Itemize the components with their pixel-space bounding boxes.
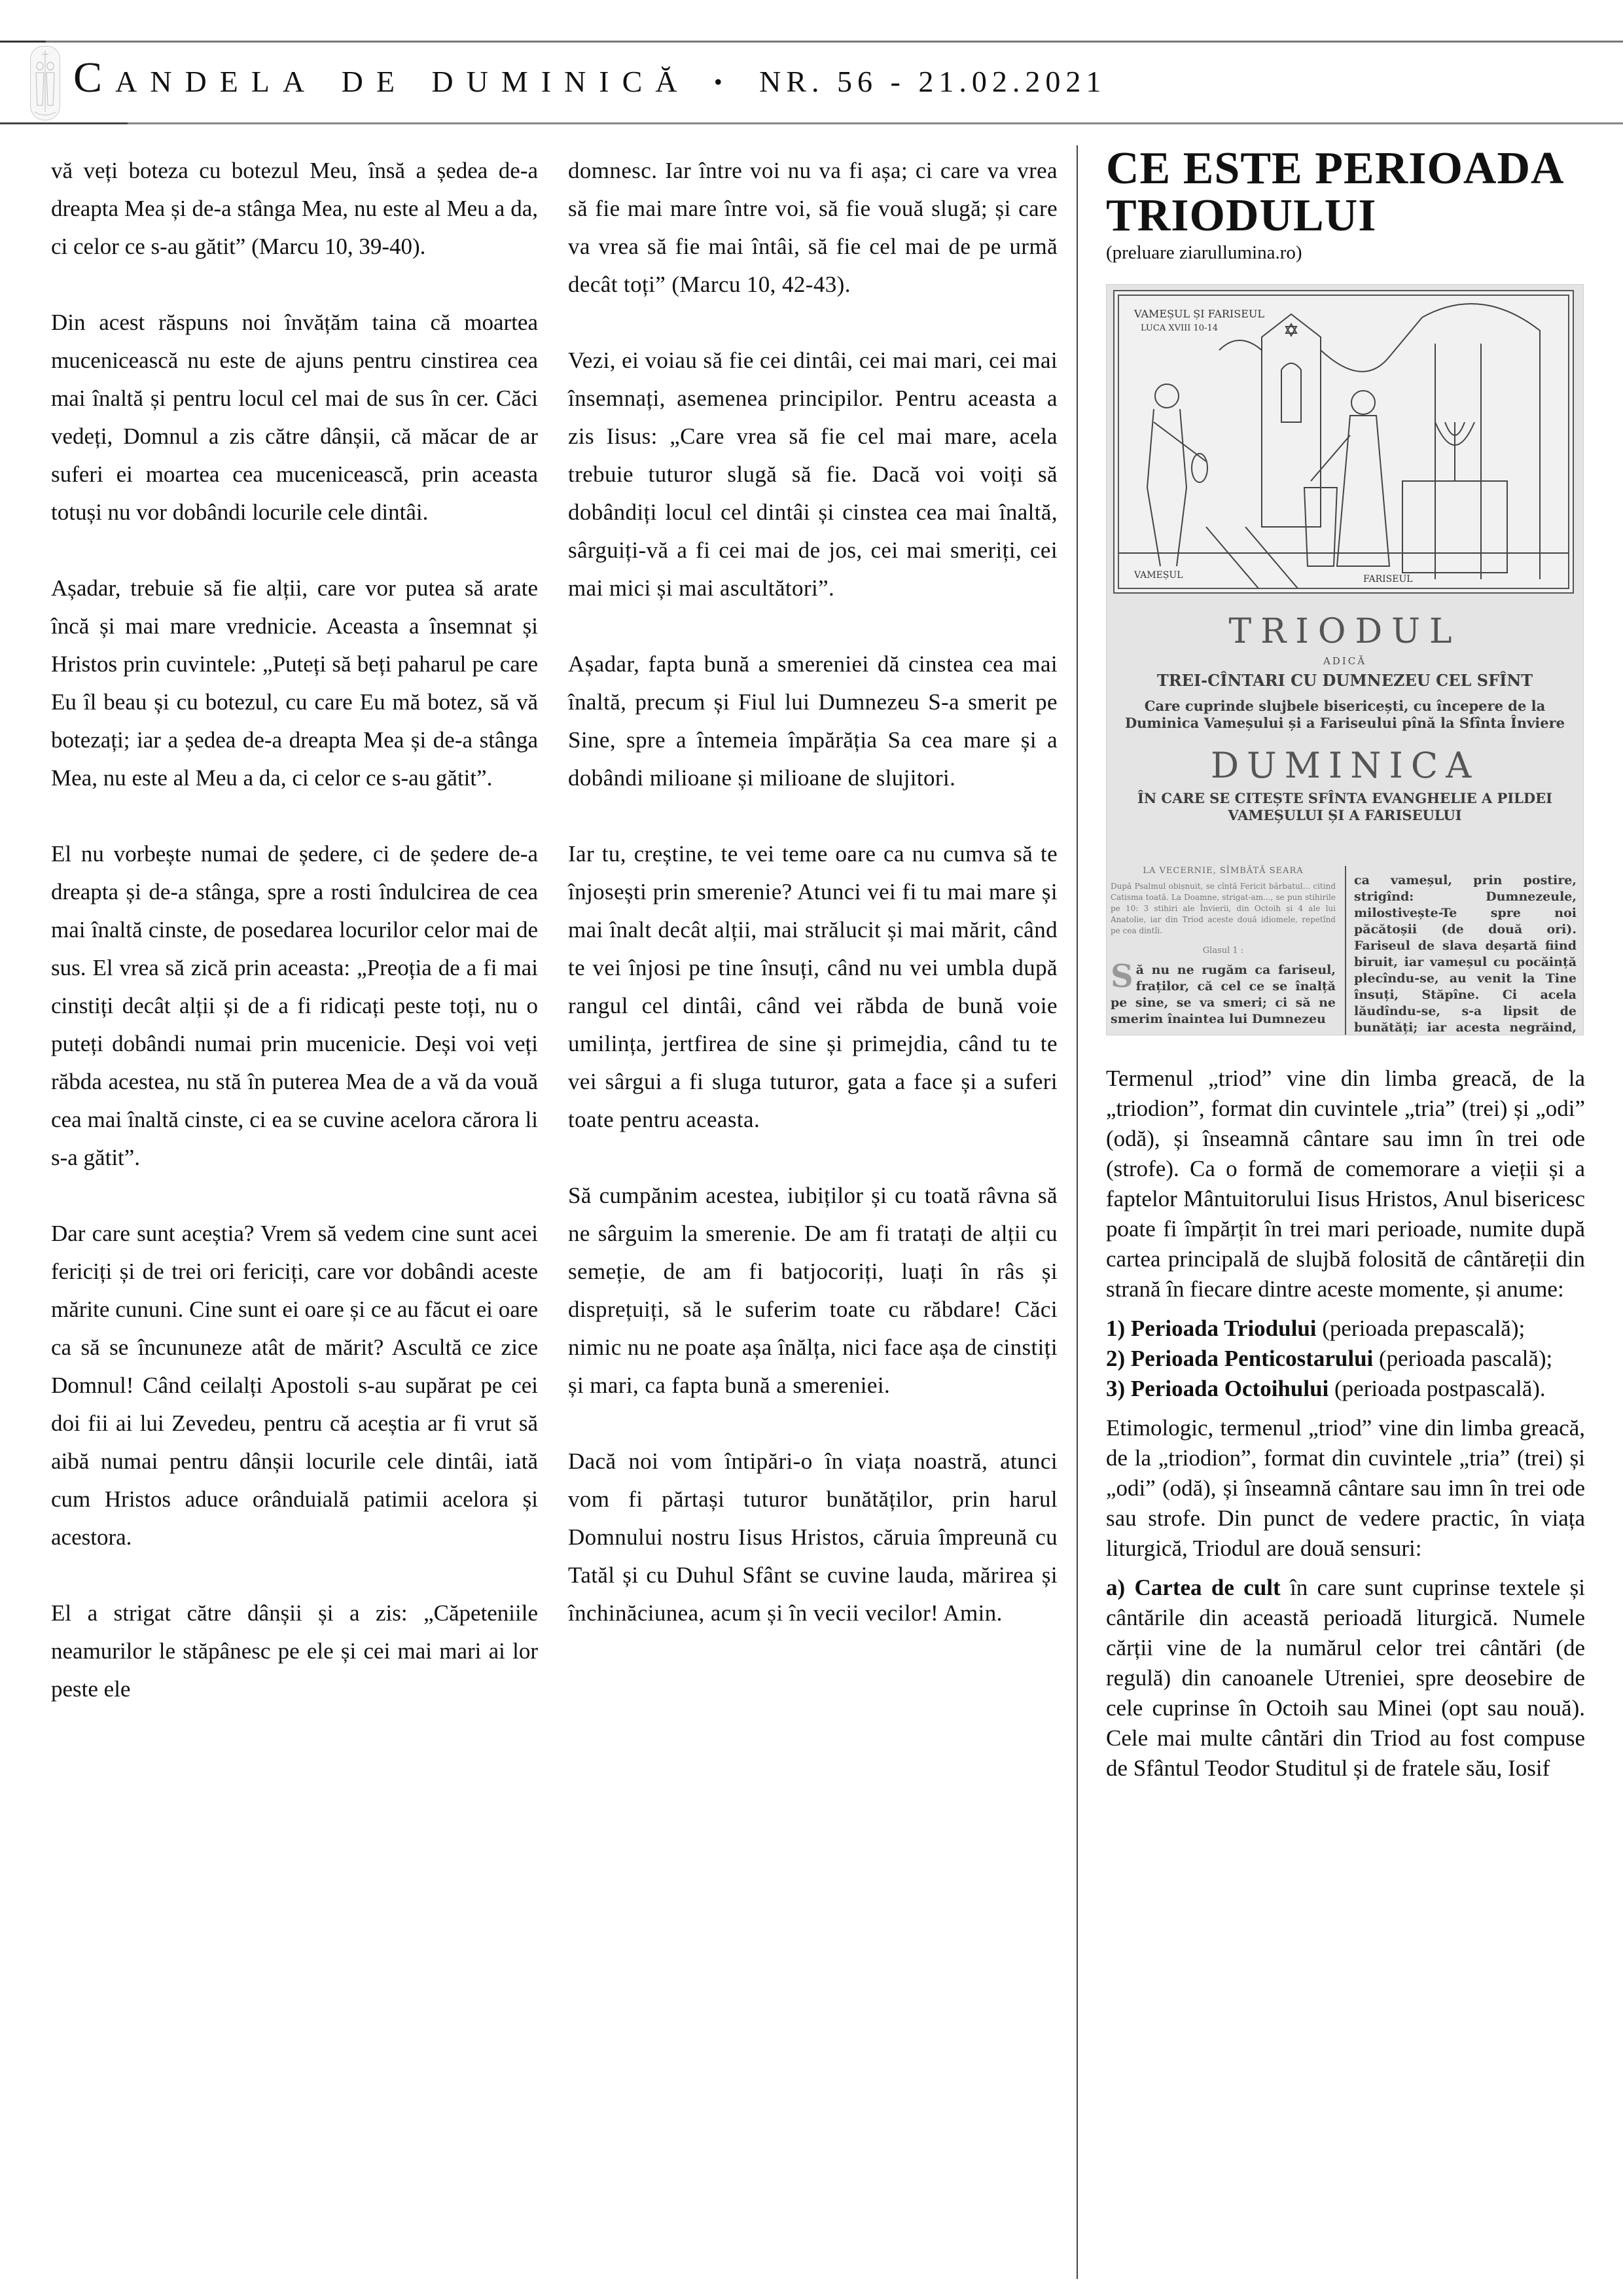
paragraph: Dar care sunt aceștia? Vrem să vedem cin… [51, 1215, 538, 1556]
book-glas: Glasul 1 : [1111, 946, 1336, 956]
book-hymn-right: ca vameșul, prin postire, strigînd: Dumn… [1354, 872, 1577, 1035]
book-hymn-left: Să nu ne rugăm ca fariseul, fraților, că… [1111, 962, 1336, 1028]
paragraph-etymology: Etimologic, termenul „triod” vine din li… [1106, 1413, 1585, 1564]
book-column-divider [1345, 866, 1346, 1035]
paragraph: El a strigat către dânșii și a zis: „Căp… [51, 1594, 538, 1708]
drop-cap: S [1111, 962, 1133, 991]
column-divider [1077, 145, 1078, 2279]
paragraph-intro: Termenul „triod” vine din limba greacă, … [1106, 1064, 1585, 1304]
column-right: CE ESTE PERIOADA TRIODULUI (preluare zia… [1106, 145, 1585, 1035]
book-description: Care cuprinde slujbele bisericești, cu î… [1107, 698, 1583, 732]
svg-text:FARISEUL: FARISEUL [1363, 574, 1413, 584]
triod-book-image: VAMEȘUL ȘI FARISEUL LUCA XVIII 10-14 [1106, 284, 1584, 1035]
column-middle: domnesc. Iar între voi nu va fi așa; ci … [568, 152, 1058, 1670]
period-item: 1) Perioada Triodului (perioada prepasca… [1106, 1314, 1585, 1344]
article-source: (preluare ziarullumina.ro) [1106, 240, 1585, 266]
pharisee-publican-illustration: VAMEȘUL ȘI FARISEUL LUCA XVIII 10-14 [1113, 290, 1574, 594]
bullet-separator: • [714, 69, 722, 95]
column-left: vă veți boteza cu botezul Meu, însă a șe… [51, 152, 538, 1746]
paragraph: Vezi, ei voiau să fie cei dintâi, cei ma… [568, 342, 1058, 607]
book-subtitle: TREI-CÎNTARI CU DUMNEZEU CEL SFÎNT [1107, 671, 1583, 690]
article-title: CE ESTE PERIOADA TRIODULUI [1106, 145, 1585, 240]
paragraph: Dacă noi vom întipări-o în viața noastră… [568, 1443, 1058, 1632]
masthead-rule-top [0, 41, 1623, 43]
paragraph: domnesc. Iar între voi nu va fi așa; ci … [568, 152, 1058, 304]
paragraph: Iar tu, creștine, te vei teme oare ca nu… [568, 835, 1058, 1139]
svg-text:LUCA XVIII 10-14: LUCA XVIII 10-14 [1141, 323, 1218, 333]
issue-number-date: NR. 56 - 21.02.2021 [759, 65, 1106, 98]
paragraph-sense-a: a) Cartea de cult în care sunt cuprinse … [1106, 1573, 1585, 1784]
book-vecernie-heading: LA VECERNIE, SÎMBĂTĂ SEARA [1111, 866, 1336, 876]
paragraph: Să cumpănim acestea, iubiților și cu toa… [568, 1177, 1058, 1405]
paragraph: vă veți boteza cu botezul Meu, însă a șe… [51, 152, 538, 266]
book-title: TRIODUL [1107, 612, 1583, 651]
masthead: Candela de duminică • NR. 56 - 21.02.202… [0, 41, 1623, 124]
book-adica: ADICĂ [1107, 655, 1583, 667]
masthead-rule-bottom [0, 122, 1623, 124]
paragraph: Din acest răspuns noi învățăm taina că m… [51, 304, 538, 531]
book-duminica: DUMINICA [1107, 745, 1583, 786]
paragraph: Așadar, trebuie să fie alții, care vor p… [51, 569, 538, 797]
book-rubric: După Psalmul obișnuit, se cîntă Fericit … [1111, 881, 1336, 937]
masthead-title: Candela de duminică • NR. 56 - 21.02.202… [73, 56, 1106, 99]
book-left-column: LA VECERNIE, SÎMBĂTĂ SEARA După Psalmul … [1111, 866, 1336, 1028]
book-right-column: ca vameșul, prin postire, strigînd: Dumn… [1354, 866, 1577, 1035]
article-body: Termenul „triod” vine din limba greacă, … [1106, 1064, 1585, 1793]
saints-logo-icon [30, 46, 60, 120]
period-item: 2) Perioada Penticostarului (perioada pa… [1106, 1344, 1585, 1374]
book-intro: ÎN CARE SE CITEȘTE SFÎNTA EVANGHELIE A P… [1107, 790, 1583, 824]
publication-name: Candela de duminică [73, 54, 690, 101]
triod-book-page: TRIODUL ADICĂ TREI-CÎNTARI CU DUMNEZEU C… [1107, 592, 1583, 824]
paragraph: Așadar, fapta bună a smereniei dă cinste… [568, 645, 1058, 797]
svg-text:VAMEȘUL: VAMEȘUL [1133, 570, 1183, 581]
period-item: 3) Perioada Octoihului (perioada postpas… [1106, 1374, 1585, 1404]
svg-text:VAMEȘUL ȘI FARISEUL: VAMEȘUL ȘI FARISEUL [1133, 308, 1264, 320]
paragraph: El nu vorbește numai de ședere, ci de șe… [51, 835, 538, 1177]
